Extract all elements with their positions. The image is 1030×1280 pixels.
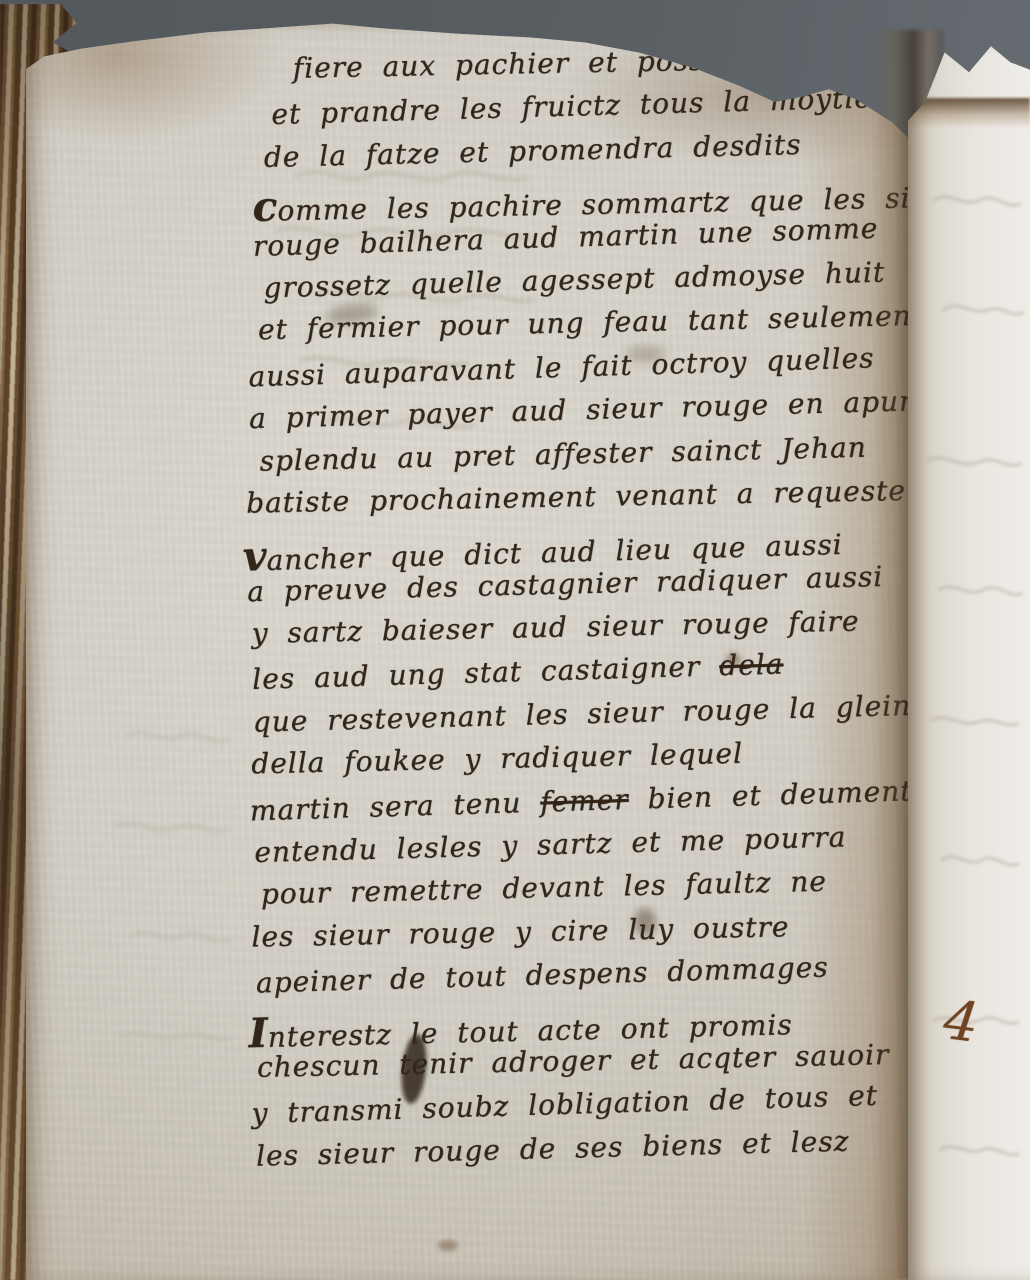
quire-mark: 4 bbox=[940, 988, 982, 1055]
handwritten-text-block: fiere aux pachier et posseher et apreset… bbox=[237, 42, 942, 1260]
manuscript-photo: fiere aux pachier et posseher et apreset… bbox=[0, 0, 1030, 1280]
show-through-writing bbox=[914, 160, 1024, 1220]
burnt-top-edge bbox=[908, 98, 1030, 128]
facing-page: 4 bbox=[908, 40, 1030, 1280]
manuscript-page: fiere aux pachier et posseher et apreset… bbox=[26, 16, 928, 1280]
